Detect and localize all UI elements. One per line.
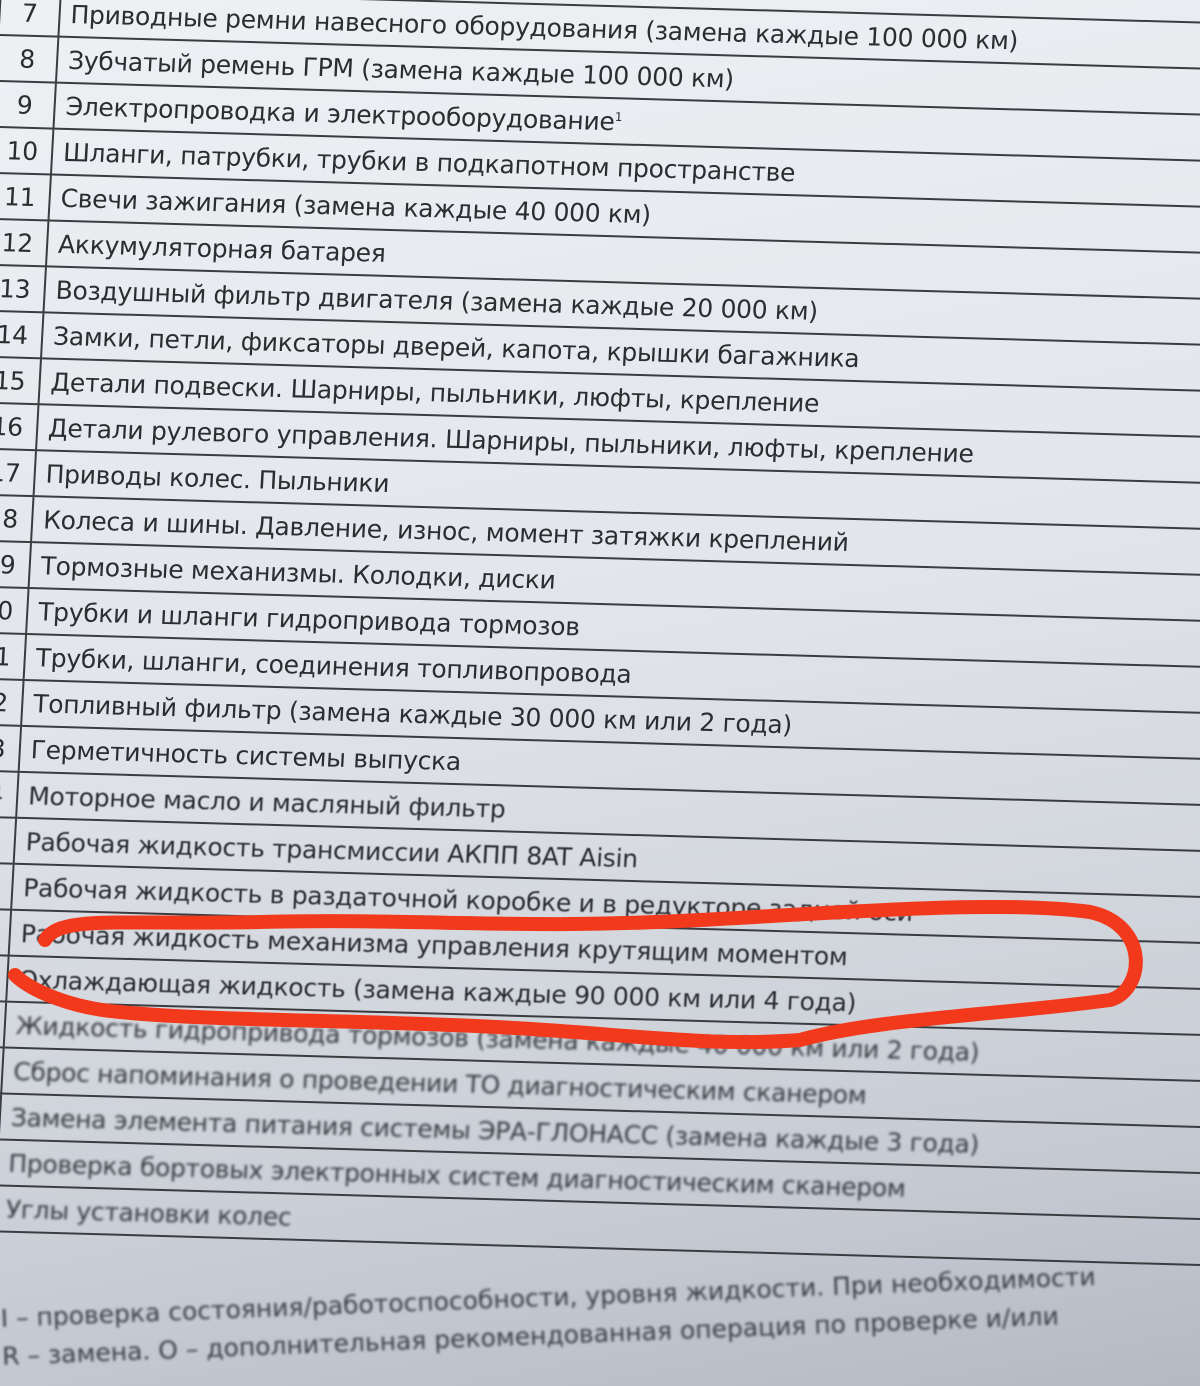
row-text: Приводы колес. Пыльники (45, 459, 390, 498)
maintenance-table-sheet: 7Приводные ремни навесного оборудования … (0, 0, 1200, 1266)
row-number: 7 (0, 0, 61, 37)
row-number: 13 (0, 265, 46, 313)
row-number: 9 (0, 81, 56, 129)
row-number: 16 (0, 403, 39, 451)
row-number: 10 (0, 127, 53, 175)
row-number: 23 (0, 724, 21, 772)
row-number: 11 (0, 173, 51, 221)
row-text: Трубки, шланги, соединения топливопровод… (35, 643, 632, 689)
row-text: Аккумуляторная батарея (57, 229, 386, 267)
row-number: 20 (0, 586, 29, 634)
row-number: 17 (0, 449, 36, 497)
row-text: Герметичность системы выпуска (30, 735, 462, 776)
row-text: Тормозные механизмы. Колодки, диски (40, 551, 556, 594)
row-number: 12 (0, 219, 48, 267)
row-number: 8 (0, 35, 58, 83)
row-number: 15 (0, 357, 41, 405)
footnote-marker: 1 (614, 109, 622, 123)
row-number: 22 (0, 678, 24, 726)
row-text: Углы установки колес (5, 1194, 292, 1231)
row-text: Трубки и шланги гидропривода тормозов (38, 597, 581, 641)
legend-notes: I – проверка состояния/работоспособности… (0, 1250, 1200, 1376)
row-number: 19 (0, 540, 31, 588)
row-text: Свечи зажигания (замена каждые 40 000 км… (60, 183, 652, 228)
row-text: Моторное масло и масляный фильтр (28, 781, 507, 823)
row-number: 14 (0, 311, 44, 359)
maintenance-table: 7Приводные ремни навесного оборудования … (0, 0, 1200, 1266)
row-number: 21 (0, 632, 26, 680)
row-text: Электропроводка и электрооборудование (65, 91, 615, 135)
row-number: 18 (0, 494, 34, 542)
